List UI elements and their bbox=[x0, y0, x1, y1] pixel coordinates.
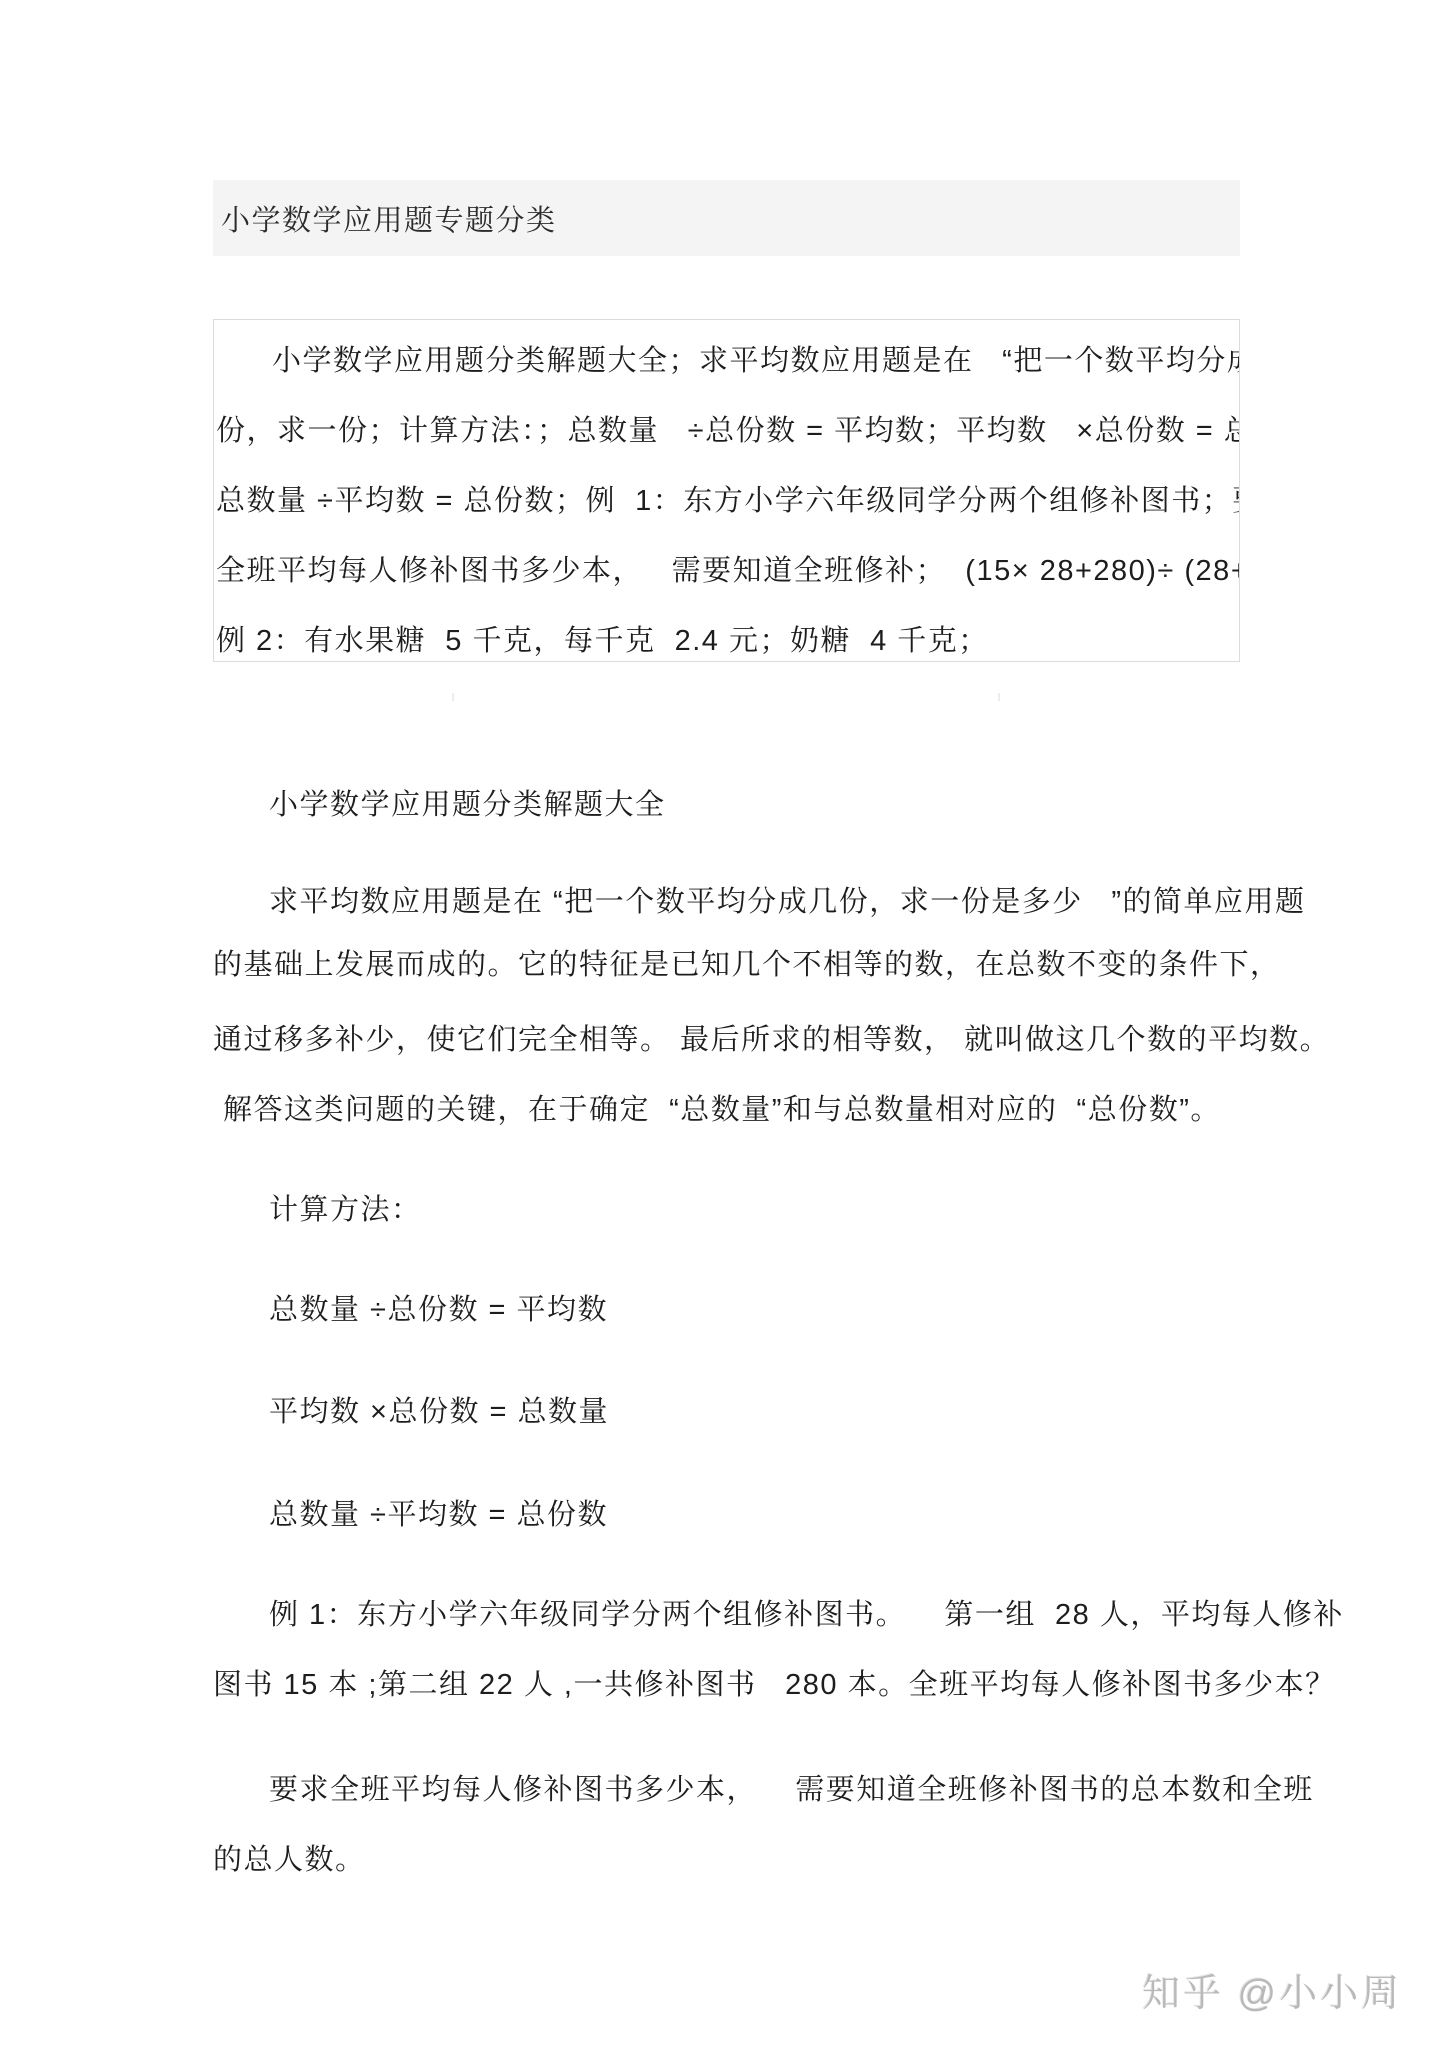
method-label: 计算方法： bbox=[213, 1192, 1253, 1228]
scan-artifact-tick bbox=[998, 693, 1000, 701]
summary-line: 总数量 ÷平均数 = 总份数；例 1：东方小学六年级同学分两个组修补图书；要求 bbox=[216, 466, 1239, 536]
doc-title: 小学数学应用题专题分类 bbox=[221, 198, 557, 239]
paragraph-line: 的总人数。 bbox=[213, 1842, 1253, 1878]
paragraph-line: 要求全班平均每人修补图书多少本， 需要知道全班修补图书的总本数和全班 bbox=[213, 1772, 1253, 1808]
formula-line: 总数量 ÷平均数 = 总份数 bbox=[213, 1497, 1253, 1533]
paragraph-line: 通过移多补少，使它们完全相等。 最后所求的相等数， 就叫做这几个数的平均数。 bbox=[213, 1022, 1253, 1058]
summary-line: 全班平均每人修补图书多少本， 需要知道全班修补； (15× 28+280)÷ (… bbox=[216, 536, 1239, 606]
paragraph-line: 的基础上发展而成的。它的特征是已知几个不相等的数，在总数不变的条件下， bbox=[213, 947, 1253, 983]
paragraph-line: 解答这类问题的关键，在于确定 “总数量”和与总数量相对应的 “总份数”。 bbox=[213, 1092, 1253, 1128]
summary-line4-text: 全班平均每人修补图书多少本， 需要知道全班修补； (15× 28+280)÷ (… bbox=[216, 555, 1240, 587]
formula-line: 平均数 ×总份数 = 总数量 bbox=[213, 1394, 1253, 1430]
document-page: 小学数学应用题专题分类 小学数学应用题分类解题大全；求平均数应用题是在 “把一个… bbox=[0, 0, 1447, 2048]
watermark: 知乎 @小小周 bbox=[1142, 1962, 1402, 2017]
summary-box: 小学数学应用题分类解题大全；求平均数应用题是在 “把一个数平均分成几 份，求一份… bbox=[213, 319, 1240, 662]
example-line: 图书 15 本 ;第二组 22 人 ,一共修补图书 280 本。全班平均每人修补… bbox=[213, 1667, 1253, 1703]
scan-artifact-tick bbox=[452, 693, 454, 701]
body-heading: 小学数学应用题分类解题大全 bbox=[213, 787, 1253, 823]
formula-line: 总数量 ÷总份数 = 平均数 bbox=[213, 1292, 1253, 1328]
summary-line: 份，求一份；计算方法：；总数量 ÷总份数 = 平均数；平均数 ×总份数 = 总数… bbox=[216, 396, 1239, 466]
summary-line: 例 2：有水果糖 5 千克，每千克 2.4 元；奶糖 4 千克； bbox=[216, 606, 1239, 662]
paragraph-line: 求平均数应用题是在 “把一个数平均分成几份，求一份是多少 ”的简单应用题 bbox=[213, 884, 1253, 920]
doc-title-bar: 小学数学应用题专题分类 bbox=[213, 180, 1240, 256]
example-line: 例 1：东方小学六年级同学分两个组修补图书。 第一组 28 人，平均每人修补 bbox=[213, 1597, 1253, 1633]
summary-line: 小学数学应用题分类解题大全；求平均数应用题是在 “把一个数平均分成几 bbox=[216, 326, 1239, 396]
